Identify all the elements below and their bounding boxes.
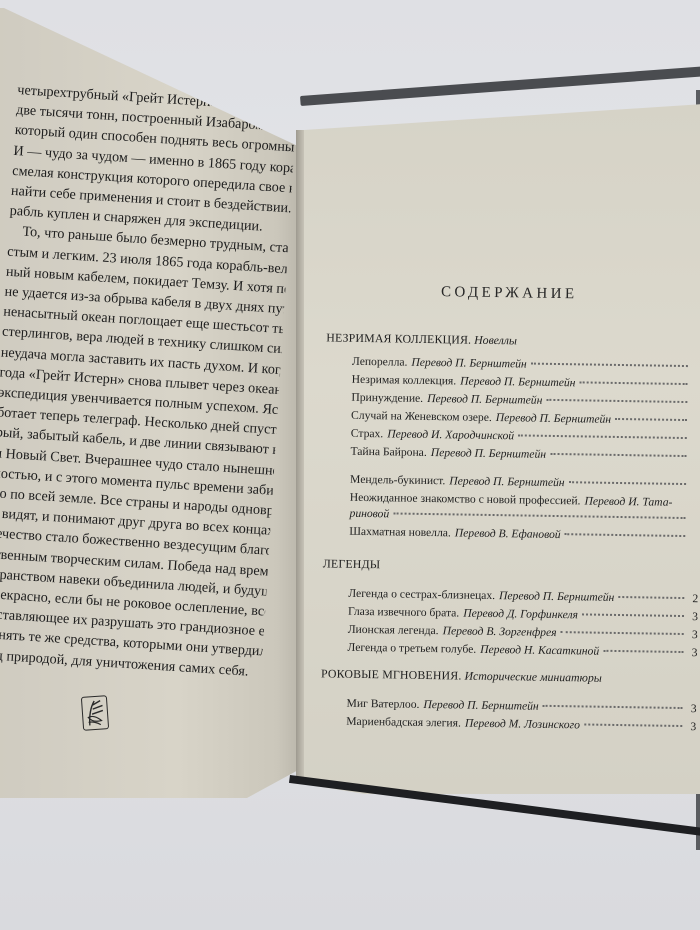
dot-leader xyxy=(518,434,687,439)
toc-entry: Случай на Женевском озере. Перевод П. Бе… xyxy=(351,409,700,427)
entry-page: 3 xyxy=(687,646,697,659)
entry-translator: Перевод П. Бернштейн xyxy=(460,374,575,389)
section-heading-label: РОКОВЫЕ МГНОВЕНИЯ. xyxy=(321,666,462,682)
entry-translator: Перевод Н. Касаткиной xyxy=(480,643,599,658)
dot-leader xyxy=(579,381,687,385)
leaf-vignette-icon xyxy=(81,695,109,731)
dot-leader xyxy=(543,705,683,709)
entry-page: 3 xyxy=(688,628,698,641)
entry-translator: Перевод П. Бернштейн xyxy=(423,698,538,713)
toc-entry: Легенда о сестрах-близнецах. Перевод П. … xyxy=(348,587,698,605)
left-page: четырехтрубный «Грейт Истерн» водоизмеще… xyxy=(0,8,302,798)
toc-entry: Незримая коллекция. Перевод П. Бернштейн xyxy=(352,373,700,391)
toc-entry-continuation: риновой xyxy=(349,507,699,525)
entry-translator: Перевод М. Лозинского xyxy=(465,717,580,732)
section-subheading: Исторические миниатюры xyxy=(464,669,602,685)
toc-title: СОДЕРЖАНИЕ xyxy=(441,284,578,303)
right-page: СОДЕРЖАНИЕ НЕЗРИМАЯ КОЛЛЕКЦИЯ. Новеллы Л… xyxy=(304,104,700,794)
dot-leader xyxy=(565,533,686,537)
book-cover-top-edge xyxy=(300,65,700,106)
entry-translator: Перевод П. Бернштейн xyxy=(449,474,564,489)
toc-entry: Лионская легенда. Перевод В. Зоргенфрея … xyxy=(348,623,698,641)
entry-title: Легенда о сестрах-близнецах. xyxy=(348,587,495,602)
entry-title: Глаза извечного брата. xyxy=(348,605,459,620)
entry-title: Лионская легенда. xyxy=(348,623,439,637)
section-heading-rokovye: РОКОВЫЕ МГНОВЕНИЯ. Исторические миниатюр… xyxy=(321,666,602,685)
entry-title: Принуждение. xyxy=(351,391,423,405)
dot-leader xyxy=(618,596,684,599)
toc-entry: Неожиданное знакомство с новой профессие… xyxy=(350,491,700,509)
section-heading-nezrimaya: НЕЗРИМАЯ КОЛЛЕКЦИЯ. Новеллы xyxy=(326,330,517,348)
entry-translator: Перевод П. Бернштейн xyxy=(411,356,526,371)
toc-entry: Мариенбадская элегия. Перевод М. Лозинск… xyxy=(346,715,696,733)
entry-translator: Перевод Д. Горфинкеля xyxy=(463,607,578,622)
entry-title: Шахматная новелла. xyxy=(349,525,451,540)
toc-entry: Принуждение. Перевод П. Бернштейн xyxy=(351,391,700,409)
toc-entry: Тайна Байрона. Перевод П. Бернштейн xyxy=(350,445,700,463)
toc-entry: Страх. Перевод И. Хародчинской xyxy=(351,427,700,445)
section-heading-label: ЛЕГЕНДЫ xyxy=(323,556,381,571)
entry-page: 3 xyxy=(686,720,696,733)
entry-title: Легенда о третьем голубе. xyxy=(347,641,476,656)
paragraph-1: четырехтрубный «Грейт Истерн» водоизмеще… xyxy=(9,80,297,239)
dot-leader xyxy=(584,723,682,727)
entry-translator: Перевод П. Бернштейн xyxy=(499,589,614,604)
entry-title: Мендель-букинист. xyxy=(350,473,445,487)
section-subheading: Новеллы xyxy=(474,333,517,348)
section-heading-label: НЕЗРИМАЯ КОЛЛЕКЦИЯ. xyxy=(326,330,471,346)
entry-title: Страх. xyxy=(351,427,384,441)
dot-leader xyxy=(569,481,687,485)
dot-leader xyxy=(393,512,685,519)
entry-translator: Перевод И. Тата- xyxy=(584,494,672,508)
toc-entry: Глаза извечного брата. Перевод Д. Горфин… xyxy=(348,605,698,623)
toc-entry: Легенда о третьем голубе. Перевод Н. Кас… xyxy=(347,641,697,659)
entry-translator: Перевод В. Ефановой xyxy=(455,526,561,541)
photo-scene: четырехтрубный «Грейт Истерн» водоизмеще… xyxy=(0,0,700,930)
leaf-vignette-icon-svg xyxy=(82,696,108,730)
table-of-contents: СОДЕРЖАНИЕ НЕЗРИМАЯ КОЛЛЕКЦИЯ. Новеллы Л… xyxy=(293,104,700,800)
entry-translator: Перевод П. Бернштейн xyxy=(496,411,611,426)
entry-title: Неожиданное знакомство с новой профессие… xyxy=(350,491,581,508)
entry-title: Случай на Женевском озере. xyxy=(351,409,492,424)
entry-title: Лепорелла. xyxy=(352,355,408,369)
dot-leader xyxy=(615,418,687,421)
entry-translator: Перевод П. Бернштейн xyxy=(431,446,546,461)
entry-title: Тайна Байрона. xyxy=(350,445,426,459)
toc-entry: Мендель-букинист. Перевод П. Бернштейн xyxy=(350,473,700,491)
dot-leader xyxy=(531,363,688,367)
entry-page: 3 xyxy=(686,702,696,715)
toc-entry: Лепорелла. Перевод П. Бернштейн xyxy=(352,355,700,373)
entry-page: 2 xyxy=(688,592,698,605)
paragraph-2: То, что раньше было безмерно трудным, ст… xyxy=(0,221,289,682)
entry-title: Мариенбадская элегия. xyxy=(346,715,461,730)
entry-title: Миг Ватерлоо. xyxy=(346,697,419,711)
dot-leader xyxy=(561,631,684,635)
section-heading-legendy: ЛЕГЕНДЫ xyxy=(323,556,381,572)
dot-leader xyxy=(546,399,687,403)
entry-translator-continuation: риновой xyxy=(349,507,389,521)
entry-title: Незримая коллекция. xyxy=(352,373,457,388)
dot-leader xyxy=(582,613,684,617)
toc-entry: Шахматная новелла. Перевод В. Ефановой xyxy=(349,525,699,543)
entry-translator: Перевод П. Бернштейн xyxy=(427,392,542,407)
dot-leader xyxy=(603,650,683,653)
entry-translator: Перевод В. Зоргенфрея xyxy=(443,624,557,639)
entry-translator: Перевод И. Хародчинской xyxy=(387,427,514,442)
dot-leader xyxy=(550,453,686,457)
entry-page: 3 xyxy=(688,610,698,623)
toc-entry: Миг Ватерлоо. Перевод П. Бернштейн 3 xyxy=(346,697,696,715)
left-page-text: четырехтрубный «Грейт Истерн» водоизмеще… xyxy=(0,80,297,682)
